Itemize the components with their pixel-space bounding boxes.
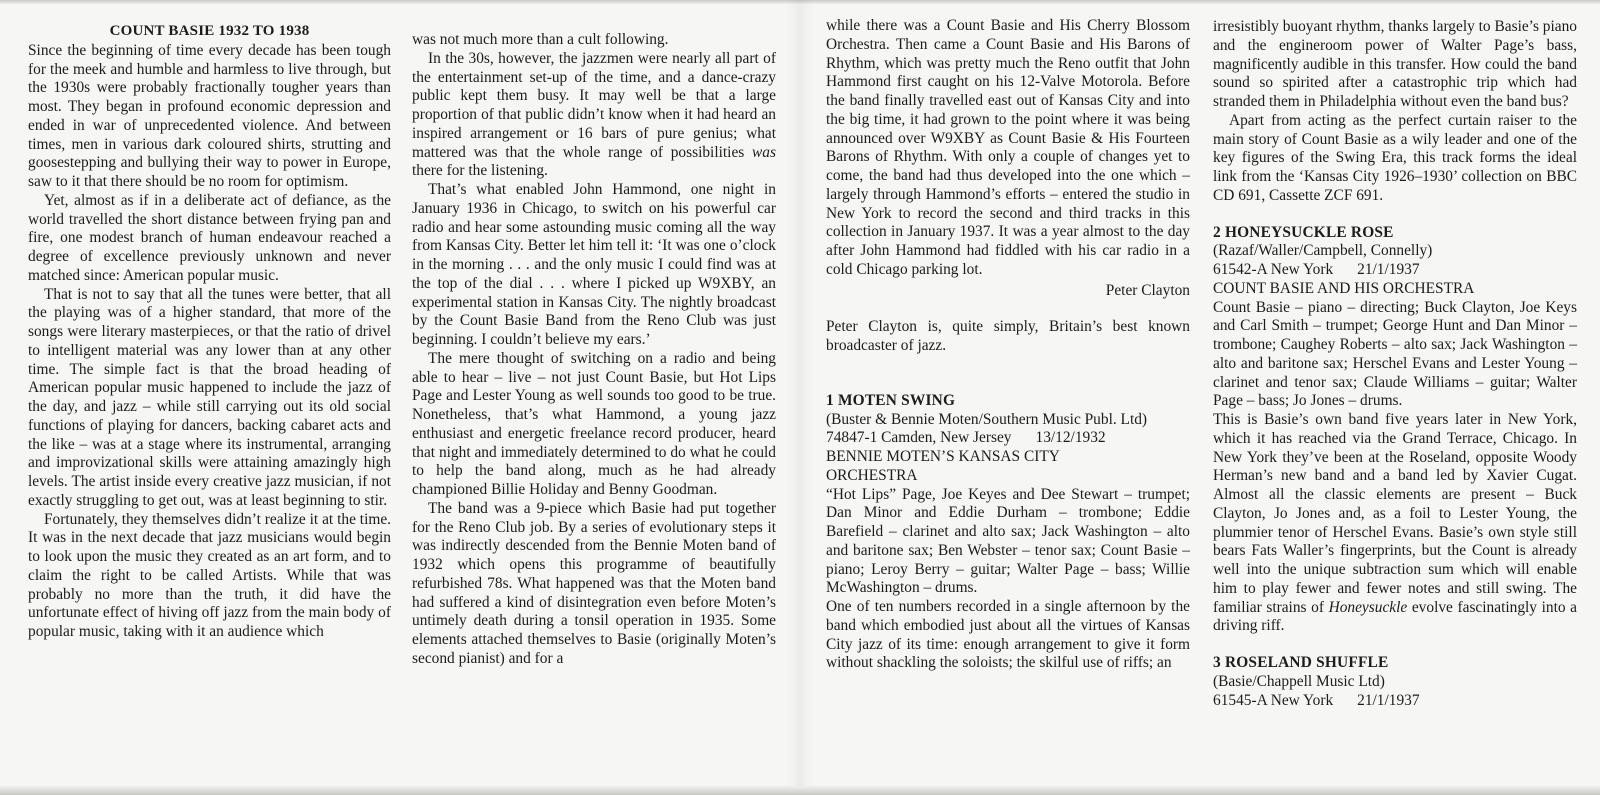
track-notes-continued: irresistibly buoyant rhythm, thanks larg… [1213,18,1577,112]
track-credits: (Razaf/Waller/Campbell, Connelly) [1213,242,1577,261]
track-band: COUNT BASIE AND HIS ORCHESTRA [1213,280,1577,299]
paragraph: was not much more than a cult following. [412,31,776,50]
recording-date: 21/1/1937 [1357,261,1419,278]
booklet-center-fold [786,0,814,795]
column-3: while there was a Count Basie and His Ch… [826,17,1190,673]
track-recording-info: 61542-A New York21/1/1937 [1213,261,1577,280]
recording-date: 21/1/1937 [1357,692,1419,709]
paragraph: Fortunately, they themselves didn’t real… [28,511,391,642]
track-recording-info: 74847-1 Camden, New Jersey13/12/1932 [826,429,1190,448]
emphasis-text: was [752,144,776,161]
paragraph: That is not to say that all the tunes we… [28,286,391,511]
track-notes: One of ten numbers recorded in a single … [826,598,1190,673]
track-personnel: Count Basie – piano – directing; Buck Cl… [1213,299,1577,412]
paragraph: The mere thought of switching on a radio… [412,350,776,500]
paragraph: Since the beginning of time every decade… [28,42,391,192]
recording-date: 13/12/1932 [1036,429,1106,446]
text-run: In the 30s, however, the jazzmen were ne… [412,50,776,161]
track-recording-info: 61545-A New York21/1/1937 [1213,692,1577,711]
text-run: there for the listening. [412,162,548,179]
paragraph: Yet, almost as if in a deliberate act of… [28,192,391,286]
spacer [826,300,1190,318]
column-1: COUNT BASIE 1932 TO 1938 Since the begin… [28,22,391,642]
paragraph: while there was a Count Basie and His Ch… [826,17,1190,280]
paragraph: In the 30s, however, the jazzmen were ne… [412,50,776,181]
author-bio: Peter Clayton is, quite simply, Britain’… [826,318,1190,356]
track-entry-2: 2 HONEYSUCKLE ROSE (Razaf/Waller/Campbel… [1213,224,1577,637]
page-bottom-edge [0,786,1600,795]
track-credits: (Buster & Bennie Moten/Southern Music Pu… [826,411,1190,430]
author-signature: Peter Clayton [826,282,1190,301]
matrix-location: 61542-A New York [1213,261,1333,278]
track-notes: This is Basie’s own band five years late… [1213,411,1577,636]
column-2: was not much more than a cult following.… [412,31,776,669]
track-entry-1: 1 MOTEN SWING (Buster & Bennie Moten/Sou… [826,392,1190,673]
paragraph: Apart from acting as the perfect curtain… [1213,112,1577,206]
spacer [826,356,1190,392]
track-band: BENNIE MOTEN’S KANSAS CITY ORCHESTRA [826,448,1190,486]
track-credits: (Basie/Chappell Music Ltd) [1213,673,1577,692]
track-title: 1 MOTEN SWING [826,392,1190,411]
text-run: This is Basie’s own band five years late… [1213,411,1577,616]
booklet-title: COUNT BASIE 1932 TO 1938 [28,22,391,41]
track-personnel: “Hot Lips” Page, Joe Keyes and Dee Stewa… [826,486,1190,599]
column-4: irresistibly buoyant rhythm, thanks larg… [1213,18,1577,710]
track-title: 3 ROSELAND SHUFFLE [1213,654,1577,673]
emphasis-text: Honeysuckle [1329,599,1408,616]
matrix-location: 74847-1 Camden, New Jersey [826,429,1012,446]
paragraph: That’s what enabled John Hammond, one ni… [412,181,776,350]
matrix-location: 61545-A New York [1213,692,1333,709]
spacer [1213,206,1577,224]
track-entry-3: 3 ROSELAND SHUFFLE (Basie/Chappell Music… [1213,654,1577,710]
track-title: 2 HONEYSUCKLE ROSE [1213,224,1577,243]
spacer [1213,636,1577,654]
paragraph: The band was a 9-piece which Basie had p… [412,500,776,669]
